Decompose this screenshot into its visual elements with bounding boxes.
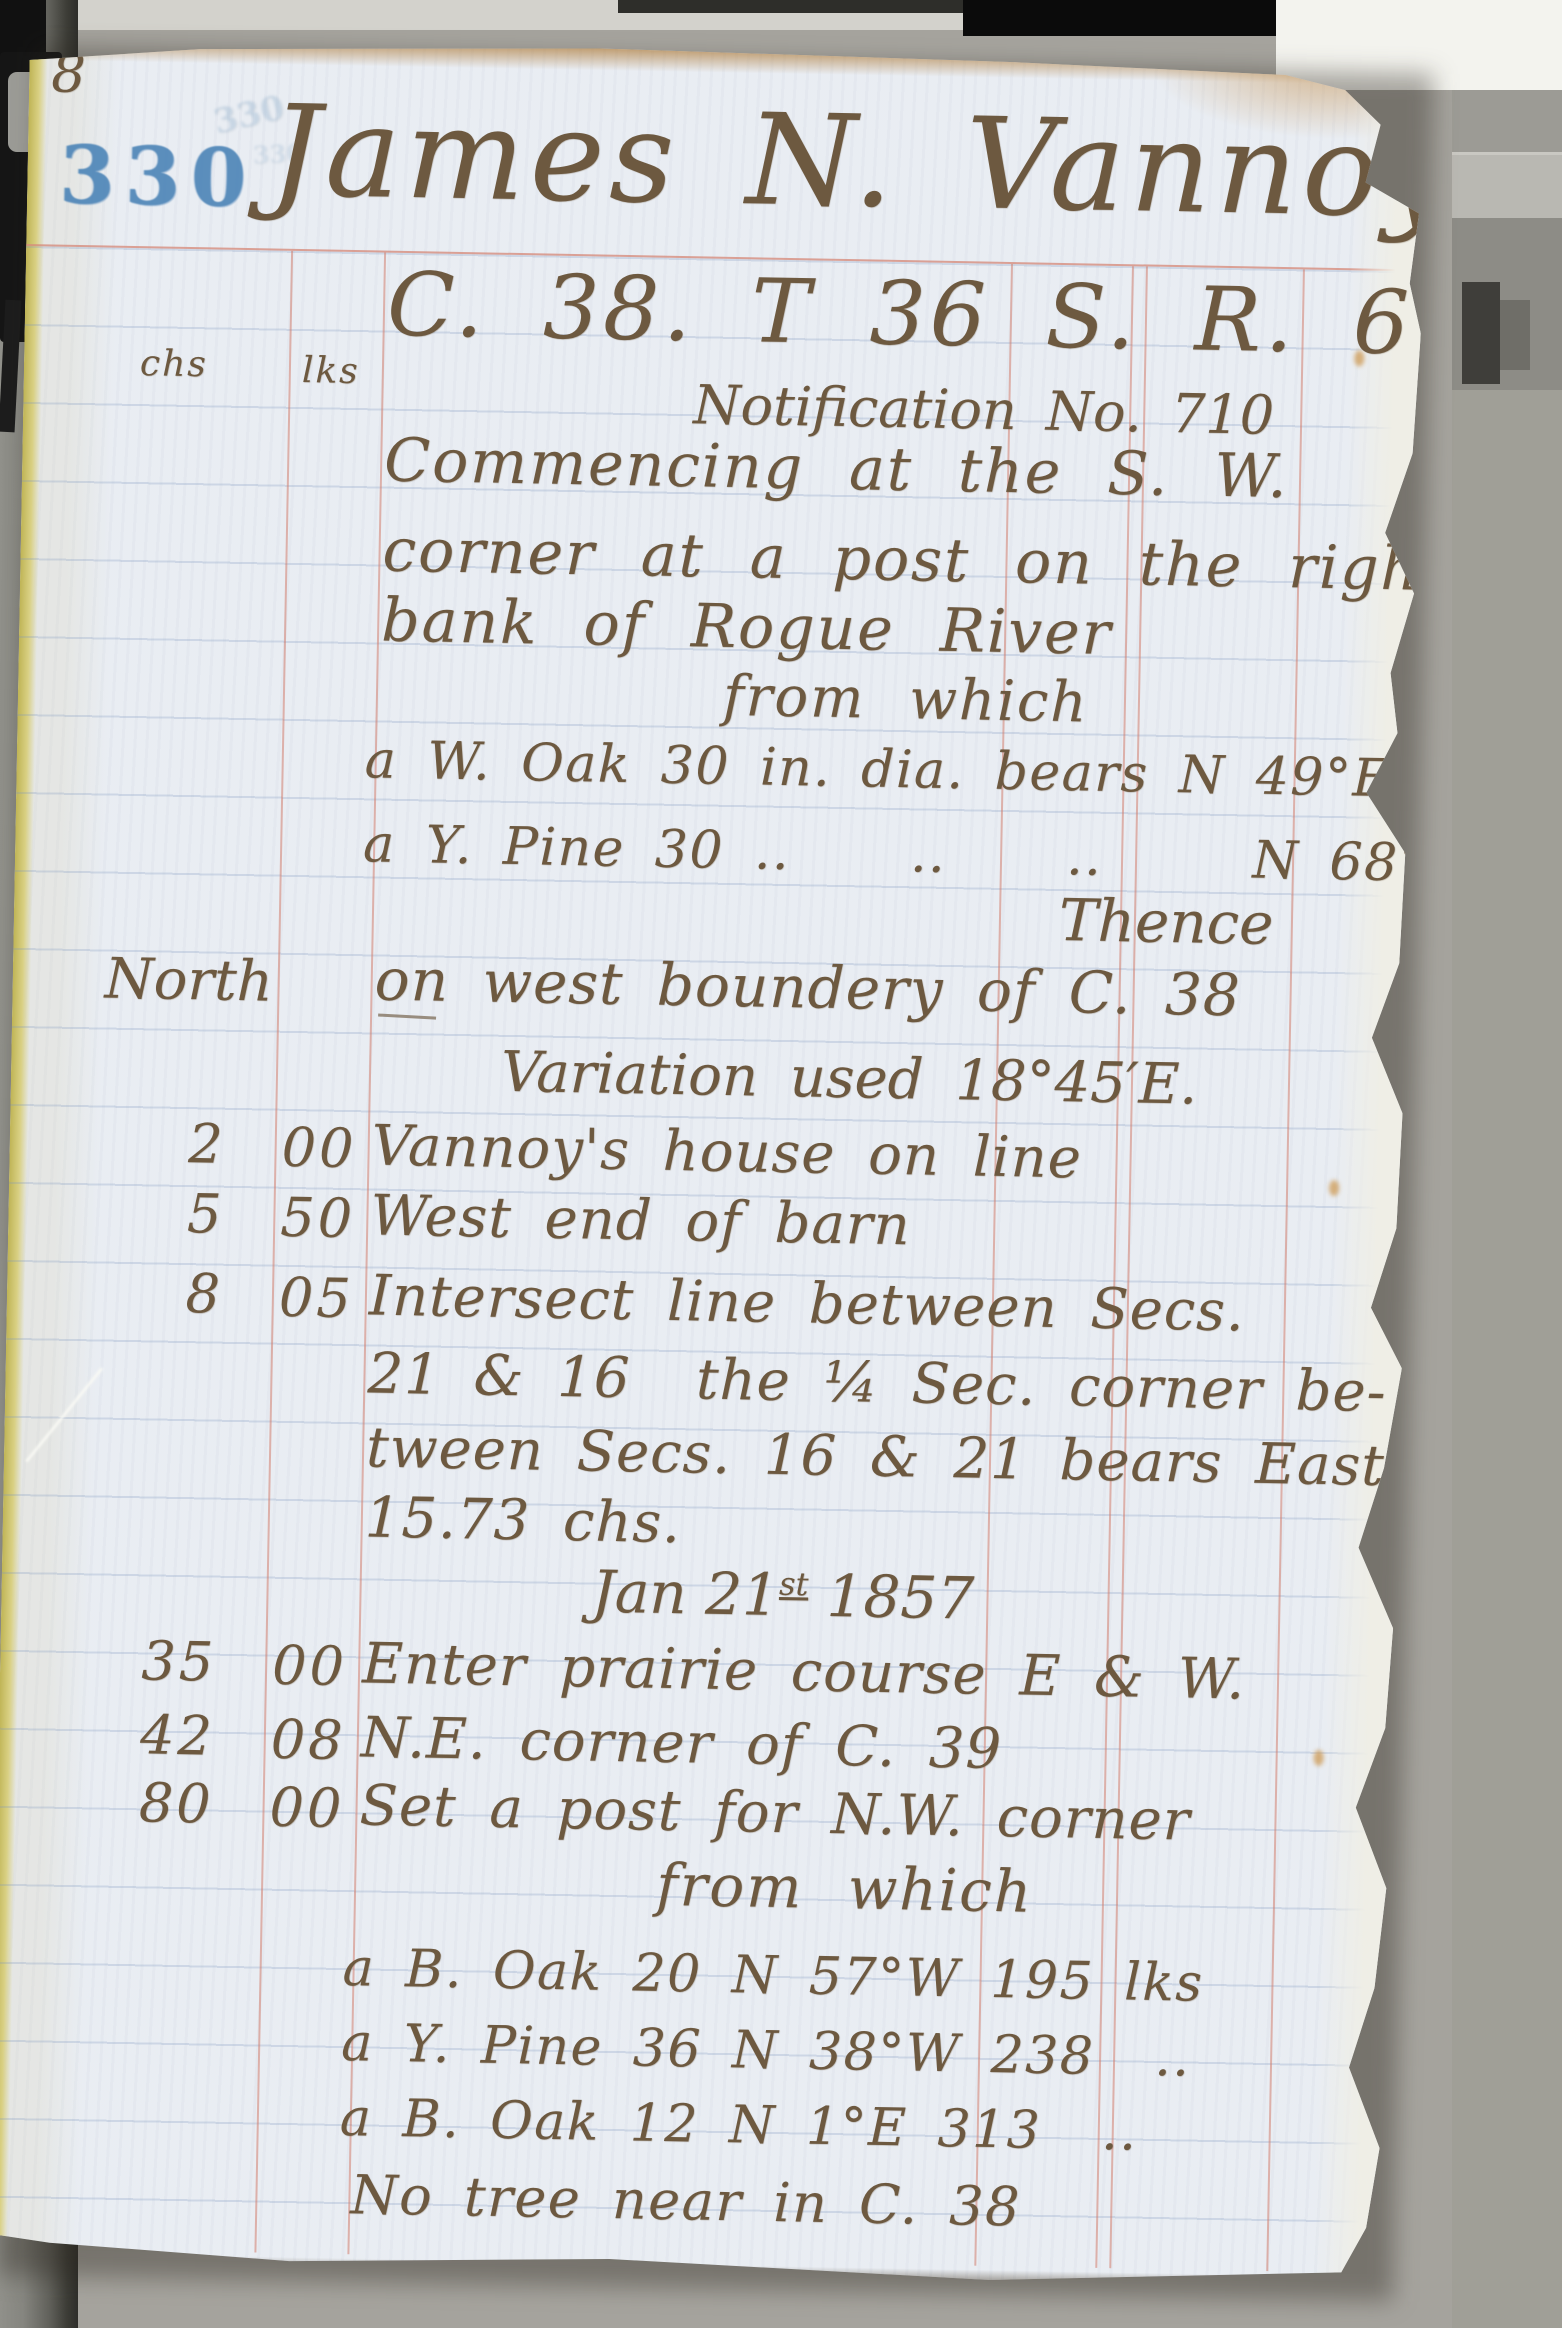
scanned-ledger-screenshot: { "document": { "page_number": "8", "sta… <box>0 0 1562 2328</box>
scanner-slot-opening <box>1462 282 1500 384</box>
entry-chains: 5 <box>98 1185 225 1241</box>
entry-note: Set a post for N.W. corner <box>359 1778 1191 1849</box>
final-note: No tree near in C. 38 <box>350 2168 1021 2234</box>
scanner-top-black-bar <box>963 0 1278 36</box>
course-direction: North <box>104 952 273 1011</box>
scanner-top-thin-bar <box>618 0 970 13</box>
entry-chains: 42 <box>88 1707 215 1763</box>
entry-chains: 35 <box>90 1633 217 1689</box>
entry-chains: 2 <box>99 1115 226 1171</box>
scanner-rail <box>1452 152 1562 225</box>
catalog-stamp: 330 <box>59 135 257 219</box>
variation-note: Variation used 18°45′E. <box>501 1045 1198 1114</box>
entry-links: 05 <box>278 1271 354 1326</box>
entry-note: Intersect line between Secs. <box>368 1268 1245 1340</box>
entry-note: West end of barn <box>370 1188 911 1254</box>
column-header-chains: chs <box>140 346 208 383</box>
entry-continuation: 15.73 chs. <box>364 1490 681 1552</box>
thence-word: Thence <box>1058 891 1274 953</box>
entry-chains: 80 <box>87 1775 214 1831</box>
from-which-phrase: from which <box>656 1856 1034 1921</box>
course-description: on west boundery of C. 38 <box>374 950 1241 1024</box>
ledger-page: 8 330 330 330 James N. Vannoy chs lks C.… <box>0 36 1428 2293</box>
scanner-right-housing <box>1452 90 1562 2328</box>
witness-tree-line: a B. Oak 20 N 57°W 195 lks <box>342 1942 1204 2010</box>
entry-note: Enter prairie course E & W. <box>362 1636 1246 1708</box>
entry-links: 50 <box>280 1191 356 1246</box>
entry-links: 00 <box>281 1121 357 1176</box>
scanner-slot-shadow <box>1500 300 1530 370</box>
witness-tree-line: a Y. Pine 36 N 38°W 238 .. <box>341 2017 1191 2085</box>
entry-note: Vannoy's house on line <box>371 1118 1082 1187</box>
entry-links: 00 <box>269 1781 345 1836</box>
entry-links: 00 <box>272 1639 348 1694</box>
witness-tree-line: a B. Oak 12 N 1°E 313 .. <box>339 2092 1137 2159</box>
narrative-line: bank of Rogue River <box>381 591 1113 664</box>
date-ordinal-suffix: st <box>779 1565 809 1604</box>
scanner-right-panel <box>1452 90 1562 152</box>
narrative-line: Commencing at the S. W. <box>384 431 1289 508</box>
date-day: Jan 21 <box>591 1558 780 1629</box>
column-header-links: lks <box>302 353 360 390</box>
claimant-name-title: James N. Vannoy <box>269 88 1461 236</box>
from-which-phrase: from which <box>722 669 1088 732</box>
claim-township-range-heading: C. 38. T 36 S. R. 6 W. <box>386 261 1562 371</box>
entry-note: N.E. corner of C. 39 <box>360 1710 1002 1778</box>
date-year: 1857 <box>826 1562 975 1633</box>
entry-chains: 8 <box>96 1265 223 1321</box>
entry-links: 08 <box>270 1713 346 1768</box>
entry-date: Jan 21st 1857 <box>591 1563 975 1628</box>
